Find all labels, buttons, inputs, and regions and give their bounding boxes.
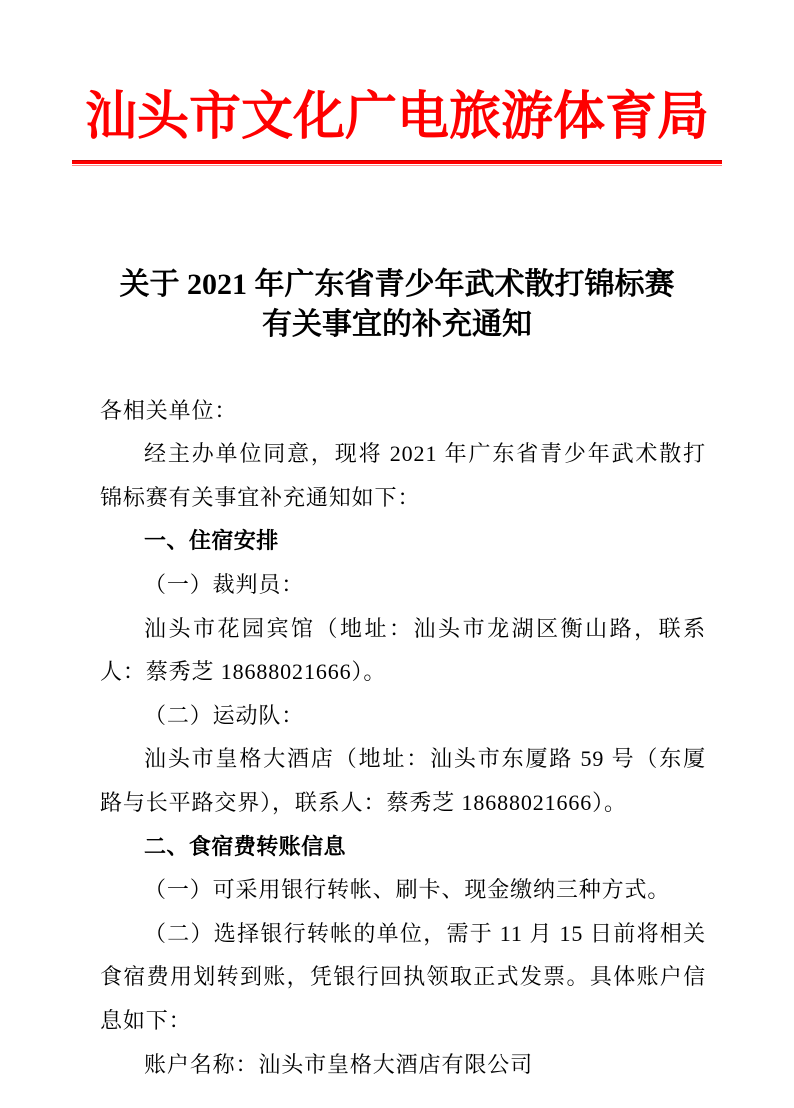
account-name-paragraph: 账户名称：汕头市皇格大酒店有限公司 [100, 1043, 706, 1087]
section-heading-accommodation: 一、住宿安排 [100, 519, 706, 563]
letterhead-divider [72, 160, 722, 167]
intro-paragraph: 经主办单位同意，现将 2021 年广东省青少年武术散打锦标赛有关事宜补充通知如下… [100, 432, 706, 519]
document-title-line2: 有关事宜的补充通知 [0, 305, 794, 345]
referees-hotel-paragraph: 汕头市花园宾馆（地址：汕头市龙湖区衡山路，联系人：蔡秀芝 18688021666… [100, 607, 706, 694]
document-page: 汕头市文化广电旅游体育局 关于 2021 年广东省青少年武术散打锦标赛 有关事宜… [0, 0, 794, 1108]
agency-name: 汕头市文化广电旅游体育局 [0, 84, 794, 152]
teams-hotel-paragraph: 汕头市皇格大酒店（地址：汕头市东厦路 59 号（东厦路与长平路交界），联系人：蔡… [100, 737, 706, 824]
letterhead: 汕头市文化广电旅游体育局 [0, 0, 794, 167]
subitem-referees-label: （一）裁判员： [100, 563, 706, 607]
salutation: 各相关单位： [100, 389, 706, 433]
document-title: 关于 2021 年广东省青少年武术散打锦标赛 有关事宜的补充通知 [0, 265, 794, 345]
section-heading-payment: 二、食宿费转账信息 [100, 825, 706, 869]
subitem-teams-label: （二）运动队： [100, 694, 706, 738]
payment-methods-paragraph: （一）可采用银行转帐、刷卡、现金缴纳三种方式。 [100, 868, 706, 912]
document-title-line1: 关于 2021 年广东省青少年武术散打锦标赛 [0, 265, 794, 305]
bank-transfer-paragraph: （二）选择银行转帐的单位，需于 11 月 15 日前将相关食宿费用划转到账，凭银… [100, 912, 706, 1043]
document-body: 各相关单位： 经主办单位同意，现将 2021 年广东省青少年武术散打锦标赛有关事… [0, 389, 794, 1087]
